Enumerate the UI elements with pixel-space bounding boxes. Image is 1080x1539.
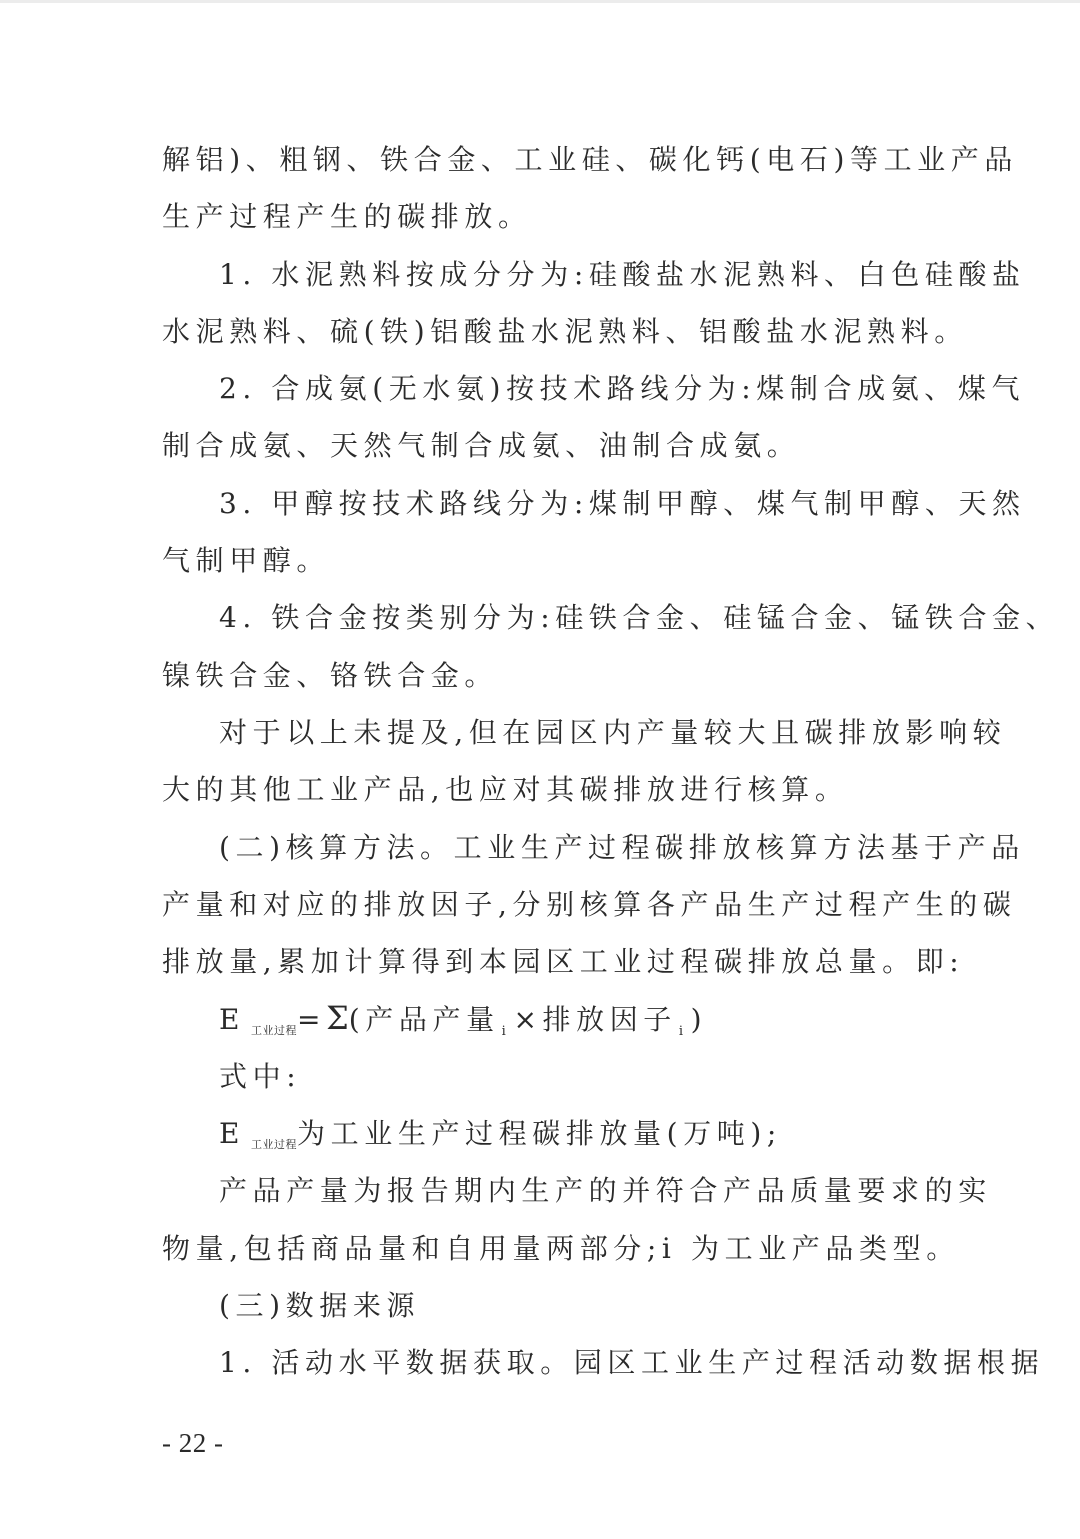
text-line: 制合成氨、天然气制合成氨、油制合成氨。 <box>162 417 914 474</box>
definition-e: E工业过程为工业生产过程碳排放量(万吨); <box>162 1105 914 1162</box>
scan-top-edge <box>0 0 1080 3</box>
definition-e-symbol: E <box>219 1117 245 1150</box>
formula-index: i <box>502 1024 512 1039</box>
paragraph-other-products: 对于以上未提及,但在园区内产量较大且碳排放影响较 <box>162 704 914 761</box>
formula-open-paren: ( <box>349 1003 366 1036</box>
section-heading-method: (二)核算方法。工业生产过程碳排放核算方法基于产品 <box>162 819 914 876</box>
formula-close-paren: ) <box>691 1003 708 1036</box>
text-line: 镍铁合金、铬铁合金。 <box>162 647 914 704</box>
sigma-symbol: Σ <box>326 999 349 1037</box>
text-line: 物量,包括商品量和自用量两部分;i 为工业产品类型。 <box>162 1220 914 1277</box>
list-item-ferroalloy: 4. 铁合金按类别分为:硅铁合金、硅锰合金、锰铁合金、 <box>162 589 914 646</box>
formula: E工业过程=Σ(产品产量i×排放因子i) <box>162 990 914 1047</box>
text-line: 大的其他工业产品,也应对其碳排放进行核算。 <box>162 761 914 818</box>
text-line: 水泥熟料、硫(铁)铝酸盐水泥熟料、铝酸盐水泥熟料。 <box>162 303 914 360</box>
document-page: 解铝)、粗钢、铁合金、工业硅、碳化钙(电石)等工业产品 生产过程产生的碳排放。 … <box>162 131 914 1392</box>
list-item-cement-clinker: 1. 水泥熟料按成分分为:硅酸盐水泥熟料、白色硅酸盐 <box>162 246 914 303</box>
formula-term-output: 产品产量 <box>365 1003 499 1036</box>
list-item-activity-data: 1. 活动水平数据获取。园区工业生产过程活动数据根据 <box>162 1334 914 1391</box>
text-line: 生产过程产生的碳排放。 <box>162 188 914 245</box>
list-item-ammonia: 2. 合成氨(无水氨)按技术路线分为:煤制合成氨、煤气 <box>162 360 914 417</box>
text-line: 解铝)、粗钢、铁合金、工业硅、碳化钙(电石)等工业产品 <box>162 131 914 188</box>
section-heading-data-source: (三)数据来源 <box>162 1277 914 1334</box>
text-line: 产量和对应的排放因子,分别核算各产品生产过程产生的碳 <box>162 876 914 933</box>
formula-equals: = <box>297 1003 326 1036</box>
text-line: 排放量,累加计算得到本园区工业过程碳排放总量。即: <box>162 933 914 990</box>
where-label: 式中: <box>162 1048 914 1105</box>
times-symbol: × <box>513 1003 542 1036</box>
formula-term-factor: 排放因子 <box>543 1003 677 1036</box>
definition-e-text: 为工业生产过程碳排放量(万吨); <box>297 1117 782 1150</box>
text-line: 气制甲醇。 <box>162 532 914 589</box>
definition-output: 产品产量为报告期内生产的并符合产品质量要求的实 <box>162 1162 914 1219</box>
list-item-methanol: 3. 甲醇按技术路线分为:煤制甲醇、煤气制甲醇、天然 <box>162 475 914 532</box>
formula-index: i <box>679 1024 689 1039</box>
page-number: - 22 - <box>162 1428 223 1459</box>
definition-e-subscript: 工业过程 <box>251 1138 297 1151</box>
formula-subscript: 工业过程 <box>251 1024 297 1037</box>
formula-e: E <box>219 1003 245 1036</box>
